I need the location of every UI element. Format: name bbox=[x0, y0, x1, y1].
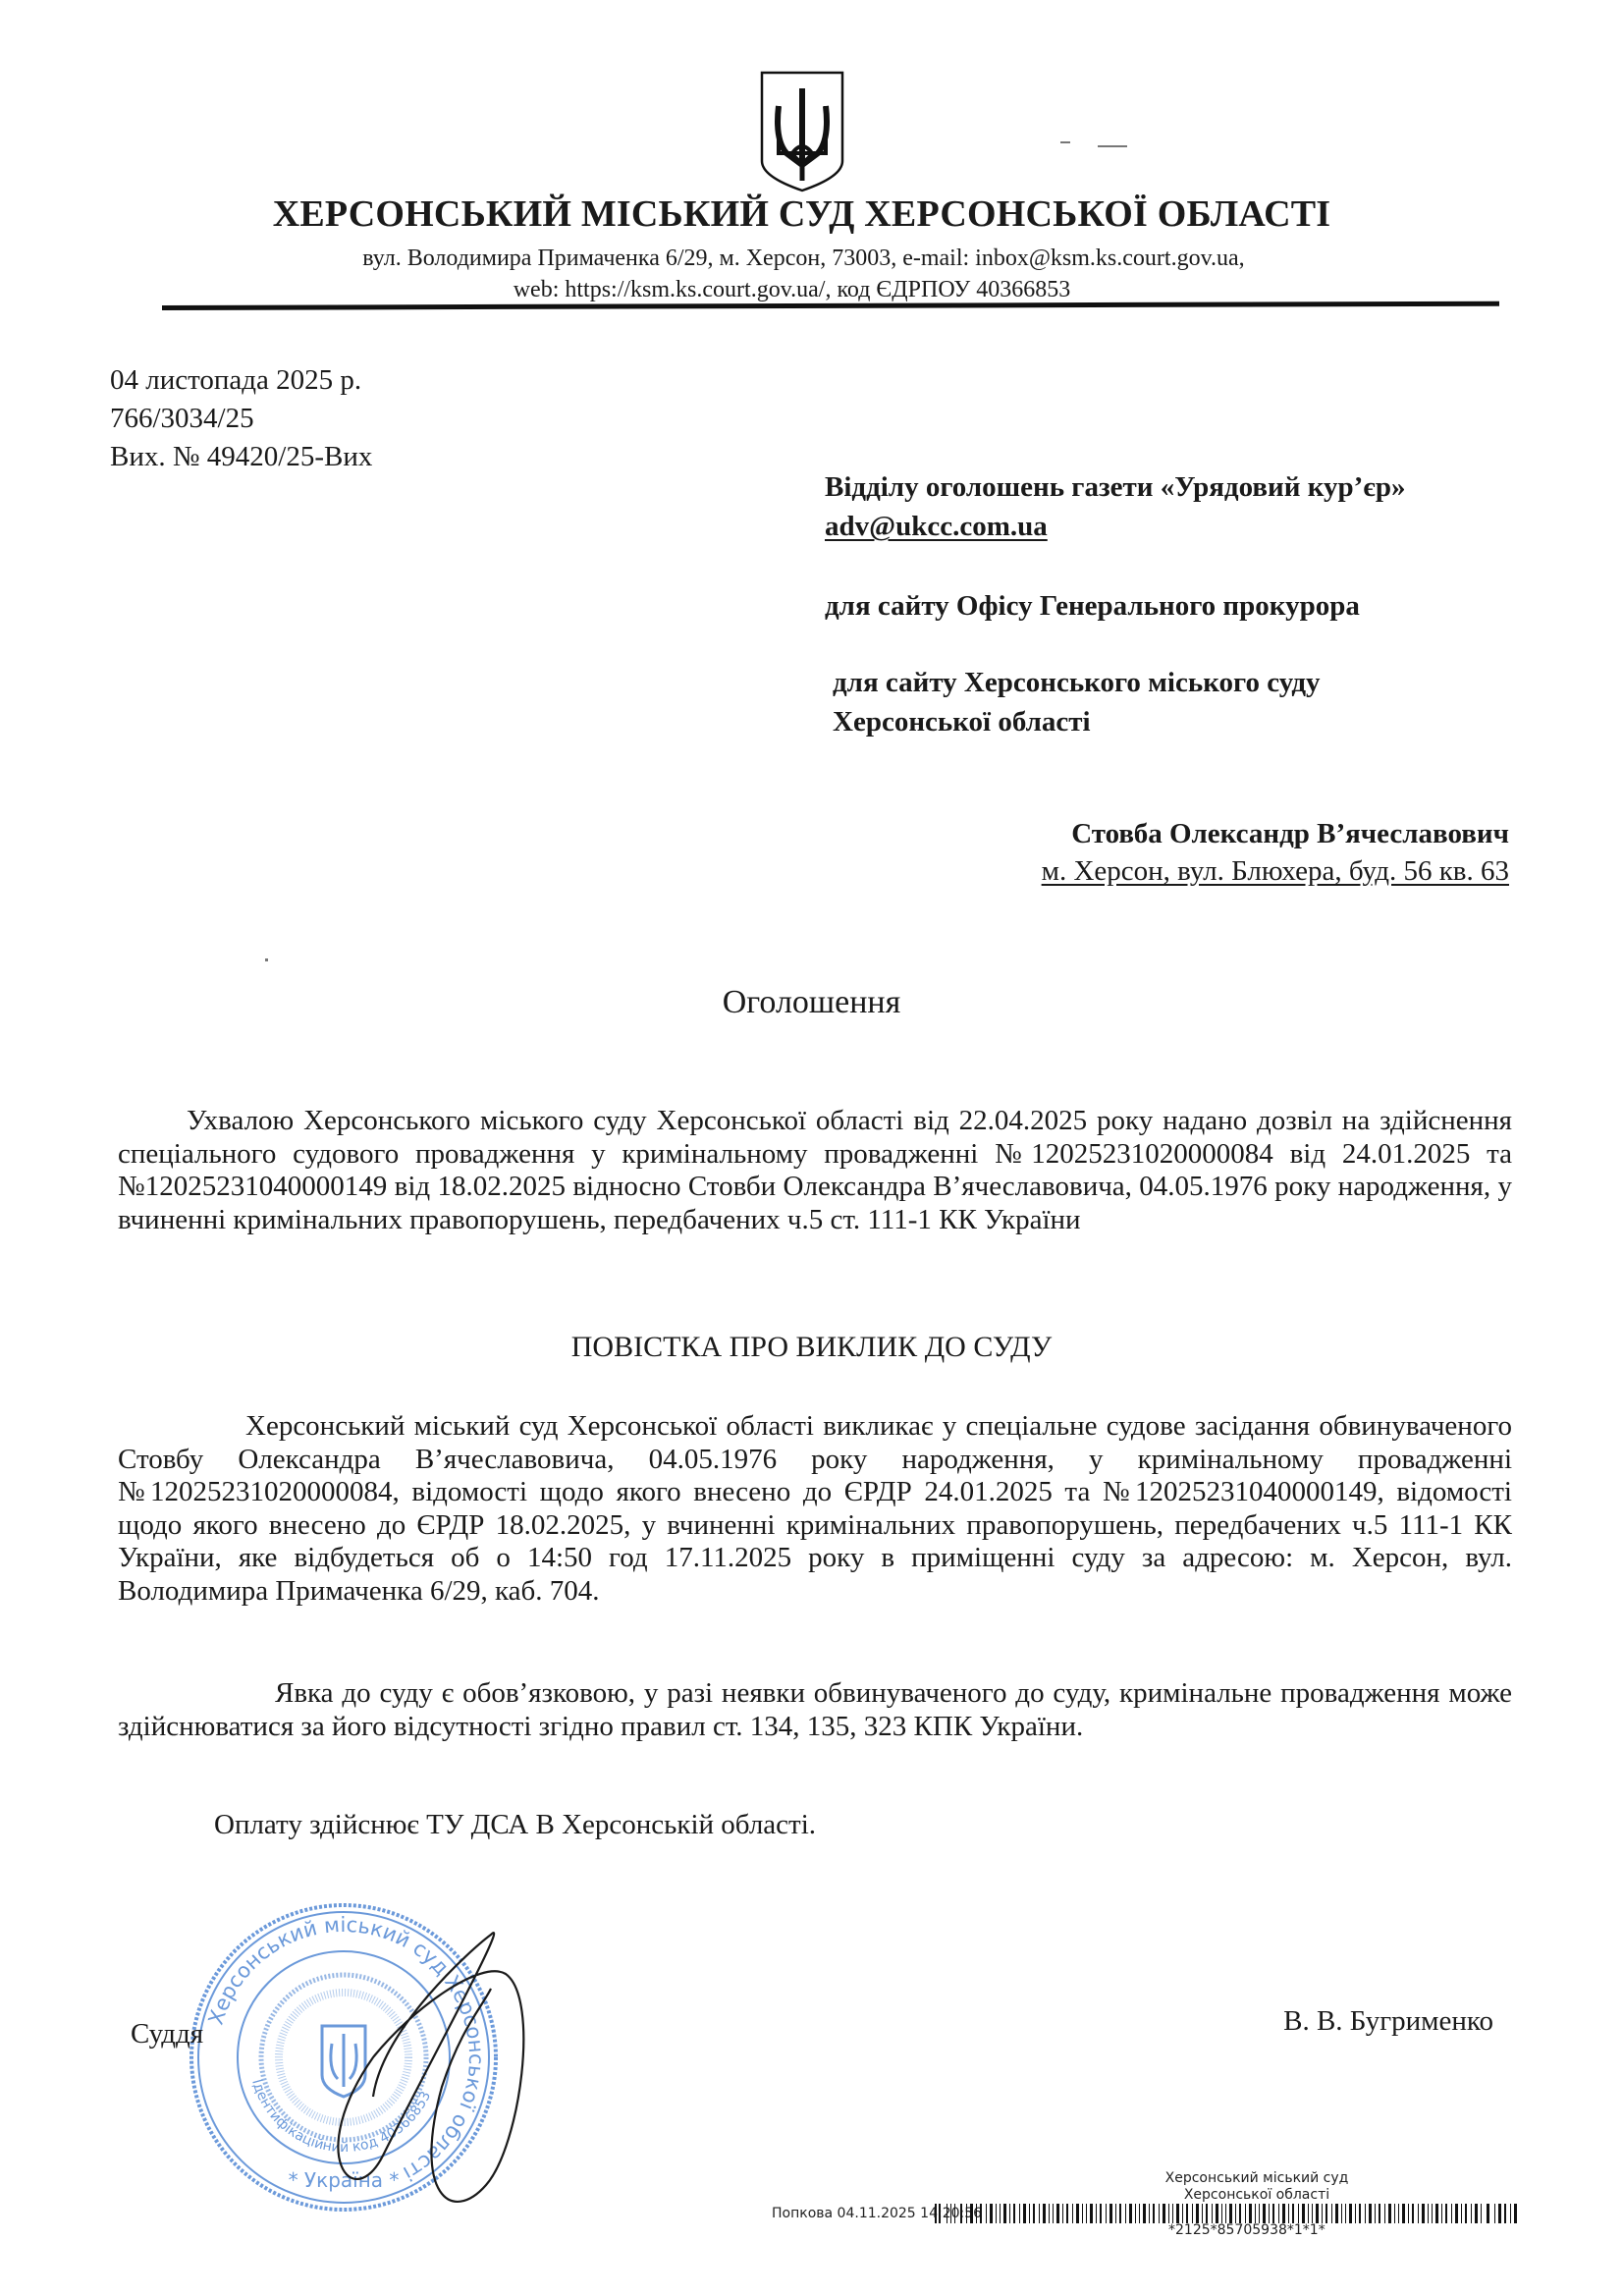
addressee-label: Відділу оголошень газети «Урядовий кур’є… bbox=[825, 467, 1405, 507]
announcement-title: Оголошення bbox=[0, 984, 1623, 1021]
addressee-label: для сайту Херсонського міського суду bbox=[833, 663, 1321, 702]
scan-speck bbox=[1098, 145, 1127, 147]
court-title: ХЕРСОНСЬКИЙ МІСЬКИЙ СУД ХЕРСОНСЬКОЇ ОБЛА… bbox=[0, 192, 1623, 236]
announcement-text: Ухвалою Херсонського міського суду Херсо… bbox=[118, 1105, 1512, 1236]
outgoing-number: Вих. № 49420/25-Вих bbox=[110, 438, 372, 476]
barcode-value: *2125*85705938*1*1* bbox=[1168, 2222, 1325, 2238]
coat-of-arms-icon bbox=[759, 71, 845, 192]
registration-court-line1: Херсонський міський суд bbox=[1139, 2170, 1375, 2187]
summons-body: Херсонський міський суд Херсонської обла… bbox=[118, 1410, 1512, 1607]
scan-speck bbox=[265, 958, 268, 961]
registration-court: Херсонський міський суд Херсонської обла… bbox=[1139, 2170, 1375, 2204]
recipient-address: м. Херсон, вул. Блюхера, буд. 56 кв. 63 bbox=[1042, 852, 1509, 890]
judge-name: В. В. Бугрименко bbox=[1283, 2005, 1493, 2038]
addressee-label: для сайту Офісу Генерального прокурора bbox=[825, 586, 1360, 626]
court-address-line: вул. Володимира Примаченка 6/29, м. Херс… bbox=[0, 243, 1615, 274]
judge-role-label: Суддя bbox=[131, 2018, 203, 2050]
outgoing-info: 04 листопада 2025 р. 766/3034/25 Вих. № … bbox=[110, 361, 372, 476]
registration-court-line2: Херсонської області bbox=[1139, 2187, 1375, 2204]
scan-speck bbox=[1060, 141, 1070, 143]
recipient-name: Стовба Олександр В’ячеславович bbox=[1042, 815, 1509, 852]
addressee-label-cont: Херсонської області bbox=[833, 702, 1321, 741]
attendance-paragraph: Явка до суду є обов’язковою, у разі неяв… bbox=[118, 1677, 1512, 1743]
recipient-block: Стовба Олександр В’ячеславович м. Херсон… bbox=[1042, 815, 1509, 890]
attendance-body: Явка до суду є обов’язковою, у разі неяв… bbox=[118, 1677, 1512, 1742]
summons-title: ПОВІСТКА ПРО ВИКЛИК ДО СУДУ bbox=[0, 1331, 1623, 1364]
court-contacts: вул. Володимира Примаченка 6/29, м. Херс… bbox=[0, 243, 1623, 305]
addressee-email-link[interactable]: adv@ukcc.com.ua bbox=[825, 507, 1405, 546]
payment-note: Оплату здійснює ТУ ДСА В Херсонській обл… bbox=[214, 1809, 816, 1841]
announcement-body: Ухвалою Херсонського міського суду Херсо… bbox=[118, 1105, 1512, 1235]
document-date: 04 листопада 2025 р. bbox=[110, 361, 372, 400]
barcode-icon bbox=[935, 2204, 1524, 2223]
addressee-newspaper: Відділу оголошень газети «Урядовий кур’є… bbox=[825, 467, 1405, 546]
addressee-court-site: для сайту Херсонського міського суду Хер… bbox=[833, 663, 1321, 741]
court-name: ХЕРСОНСЬКИЙ МІСЬКИЙ СУД ХЕРСОНСЬКОЇ ОБЛА… bbox=[273, 192, 1331, 236]
handwritten-signature bbox=[314, 1920, 530, 2214]
summons-paragraph: Херсонський міський суд Херсонської обла… bbox=[118, 1410, 1512, 1608]
addressee-prosecutor: для сайту Офісу Генерального прокурора bbox=[825, 586, 1360, 626]
case-number: 766/3034/25 bbox=[110, 400, 372, 438]
